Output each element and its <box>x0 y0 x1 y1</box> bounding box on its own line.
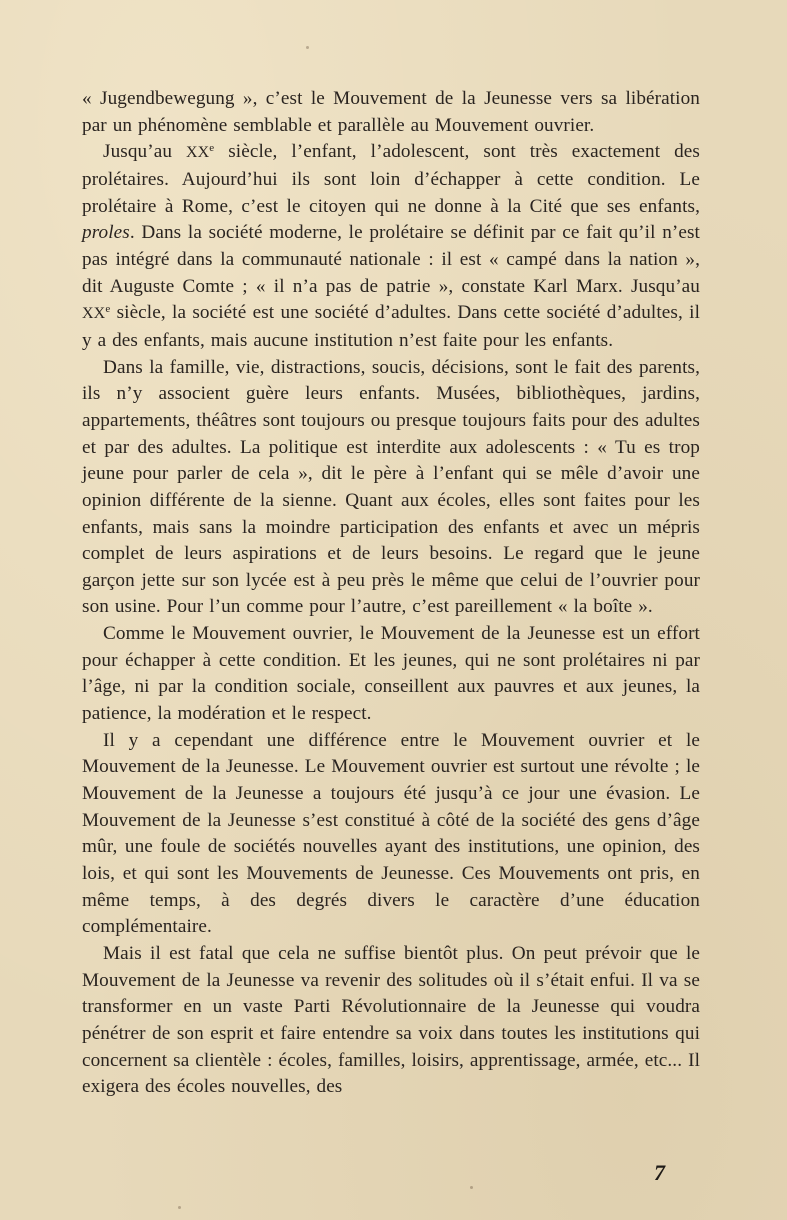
paper-speck <box>600 342 603 345</box>
paper-speck <box>470 1186 473 1189</box>
text-segment: . Dans la société moderne, le prolétaire… <box>82 222 700 296</box>
book-page-body: « Jugendbewegung », c’est le Mouvement d… <box>82 86 700 1101</box>
text-segment: siècle, la société est une société d’adu… <box>82 302 700 351</box>
paragraph-escape-condition: Comme le Mouvement ouvrier, le Mouvement… <box>82 621 700 728</box>
century-roman-numeral: XX <box>186 144 209 161</box>
paper-speck <box>306 46 309 49</box>
text-segment: Jusqu’au <box>103 141 186 162</box>
paragraph-difference-revolt-evasion: Il y a cependant une différence entre le… <box>82 728 700 941</box>
page-number: 7 <box>654 1160 665 1186</box>
paragraph-continuation: « Jugendbewegung », c’est le Mouvement d… <box>82 86 700 139</box>
century-roman-numeral: XX <box>82 305 105 322</box>
paragraph-proletariat-of-youth: Jusqu’au XXe siècle, l’enfant, l’adolesc… <box>82 139 700 354</box>
paragraph-family-and-institutions: Dans la famille, vie, distractions, souc… <box>82 355 700 622</box>
paragraph-revolutionary-party: Mais il est fatal que cela ne suffise bi… <box>82 941 700 1101</box>
paper-speck <box>178 1206 181 1209</box>
italic-term-proles: proles <box>82 222 130 243</box>
